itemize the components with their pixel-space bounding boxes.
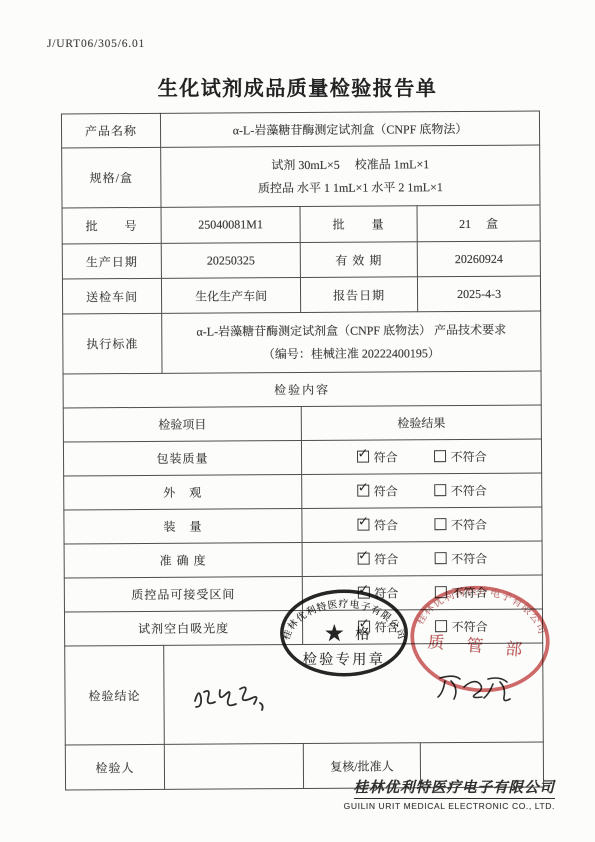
footer: 桂林优利特医疗电子有限公司 GUILIN URIT MEDICAL ELECTR… — [344, 776, 555, 811]
check-icon: ✓ — [358, 549, 369, 564]
pass-label: 符合 — [374, 450, 398, 464]
inspection-item-name: 外 观 — [64, 475, 302, 510]
inspection-item-result: ✓符合不符合 — [302, 507, 542, 542]
scanned-report-page: J/URT06/305/6.01 生化试剂成品质量检验报告单 产品名称 α-L-… — [0, 0, 595, 842]
check-icon: ✓ — [358, 481, 369, 496]
footer-company-cn: 桂林优利特医疗电子有限公司 — [354, 776, 556, 799]
fail-checkbox — [434, 484, 446, 496]
workshop-value: 生化生产车间 — [161, 278, 300, 314]
inspection-item-result: ✓符合不符合 — [302, 609, 542, 644]
document-code: J/URT06/305/6.01 — [47, 38, 145, 50]
reviewer-signature — [432, 670, 522, 706]
columns-header-row: 检验项目 检验结果 — [63, 405, 541, 442]
pass-label: 符合 — [374, 552, 398, 566]
fail-checkbox — [435, 620, 447, 632]
col-header-item: 检验项目 — [63, 407, 301, 442]
prod-date-label: 生产日期 — [62, 243, 161, 279]
inspection-item-row: 外 观✓符合不符合 — [64, 473, 542, 510]
fail-label: 不符合 — [451, 552, 487, 566]
inspector-signature — [188, 681, 280, 713]
page-title: 生化试剂成品质量检验报告单 — [0, 72, 595, 101]
inspection-item-row: 试剂空白吸光度✓符合不符合 — [64, 609, 542, 646]
standard-line2: （编号：桂械注准 20222400195） — [166, 341, 536, 366]
fail-checkbox — [434, 552, 446, 564]
batch-no-value: 25040081M1 — [161, 207, 300, 244]
spec-line2: 质控品 水平 1 1mL×1 水平 2 1mL×1 — [165, 175, 535, 200]
check-icon: ✓ — [358, 515, 369, 530]
inspection-item-name: 包装质量 — [63, 441, 301, 476]
product-name-row: 产品名称 α-L-岩藻糖苷酶测定试剂盒（CNPF 底物法） — [61, 111, 539, 148]
report-date-value: 2025-4-3 — [417, 276, 540, 312]
pass-label: 符合 — [374, 518, 398, 532]
product-name-label: 产品名称 — [61, 113, 160, 148]
spec-line1: 试剂 30mL×5 校准品 1mL×1 — [165, 152, 535, 177]
inspection-item-row: 包装质量✓符合不符合 — [63, 439, 541, 476]
standard-label: 执行标准 — [63, 313, 162, 374]
inspector-signature-cell — [164, 743, 303, 789]
spec-label: 规格/盒 — [62, 147, 161, 208]
inspection-items-body: 包装质量✓符合不符合外 观✓符合不符合装 量✓符合不符合准 确 度✓符合不符合质… — [63, 439, 542, 646]
fail-label: 不符合 — [451, 450, 487, 464]
report-date-label: 报告日期 — [300, 277, 417, 313]
prod-date-value: 20250325 — [161, 243, 300, 279]
batch-row: 批 号 25040081M1 批 量 21 盒 — [62, 205, 540, 244]
conclusion-label: 检验结论 — [65, 645, 165, 745]
pass-checkbox: ✓ — [357, 485, 369, 497]
inspection-item-row: 装 量✓符合不符合 — [64, 507, 542, 544]
inspection-item-name: 准 确 度 — [64, 543, 302, 578]
check-icon: ✓ — [359, 617, 370, 632]
workshop-row: 送检车间 生化生产车间 报告日期 2025-4-3 — [62, 276, 540, 314]
col-header-result: 检验结果 — [301, 405, 541, 440]
pass-checkbox: ✓ — [357, 553, 369, 565]
workshop-label: 送检车间 — [62, 278, 161, 314]
standard-line1: α-L-岩藻糖苷酶测定试剂盒（CNPF 底物法） 产品技术要求 — [166, 318, 536, 343]
pass-checkbox: ✓ — [357, 519, 369, 531]
batch-no-label: 批 号 — [62, 207, 161, 244]
fail-checkbox — [434, 586, 446, 598]
pass-label: 符合 — [375, 620, 399, 634]
batch-qty-label: 批 量 — [300, 206, 417, 243]
expiry-label: 有 效 期 — [300, 242, 417, 278]
fail-label: 不符合 — [451, 586, 487, 600]
product-name-value: α-L-岩藻糖苷酶测定试剂盒（CNPF 底物法） — [160, 111, 539, 147]
fail-checkbox — [434, 450, 446, 462]
section-header-row: 检验内容 — [63, 371, 541, 408]
inspection-item-row: 准 确 度✓符合不符合 — [64, 541, 542, 578]
inspection-item-result: ✓符合不符合 — [302, 541, 542, 576]
standard-value: α-L-岩藻糖苷酶测定试剂盒（CNPF 底物法） 产品技术要求 （编号：桂械注准… — [162, 311, 541, 373]
footer-company-en: GUILIN URIT MEDICAL ELECTRONIC CO., LTD. — [344, 801, 555, 811]
check-icon: ✓ — [358, 583, 369, 598]
fail-checkbox — [434, 518, 446, 530]
pass-checkbox: ✓ — [357, 587, 369, 599]
date-row: 生产日期 20250325 有 效 期 20260924 — [62, 241, 540, 279]
pass-checkbox: ✓ — [358, 621, 370, 633]
fail-label: 不符合 — [452, 620, 488, 634]
expiry-value: 20260924 — [417, 241, 540, 277]
inspection-item-name: 装 量 — [64, 509, 302, 544]
pass-label: 符合 — [374, 484, 398, 498]
inspection-section-title: 检验内容 — [63, 371, 541, 408]
inspection-item-result: ✓符合不符合 — [302, 473, 542, 508]
inspection-item-name: 试剂空白吸光度 — [64, 611, 302, 646]
check-icon: ✓ — [357, 447, 368, 462]
pass-label: 符合 — [374, 586, 398, 600]
batch-qty-value: 21 盒 — [417, 205, 540, 242]
inspector-label: 检验人 — [65, 744, 164, 790]
inspection-item-name: 质控品可接受区间 — [64, 577, 302, 612]
spec-value: 试剂 30mL×5 校准品 1mL×1 质控品 水平 1 1mL×1 水平 2 … — [161, 145, 540, 207]
spec-row: 规格/盒 试剂 30mL×5 校准品 1mL×1 质控品 水平 1 1mL×1 … — [62, 145, 540, 208]
inspection-item-row: 质控品可接受区间✓符合不符合 — [64, 575, 542, 612]
inspection-item-result: ✓符合不符合 — [301, 439, 541, 474]
fail-label: 不符合 — [451, 518, 487, 532]
pass-checkbox: ✓ — [357, 451, 369, 463]
fail-label: 不符合 — [451, 484, 487, 498]
inspection-item-result: ✓符合不符合 — [302, 575, 542, 610]
standard-row: 执行标准 α-L-岩藻糖苷酶测定试剂盒（CNPF 底物法） 产品技术要求 （编号… — [63, 311, 541, 374]
